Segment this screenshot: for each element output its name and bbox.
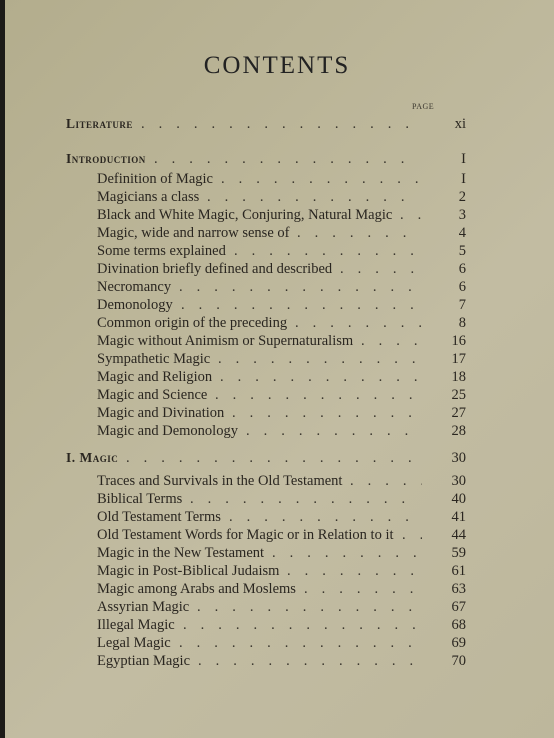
entry-title: Old Testament Words for Magic or in Rela… xyxy=(97,526,394,544)
page-title: CONTENTS xyxy=(0,52,554,80)
entry-page-number: 67 xyxy=(426,598,466,616)
leader-dots: ....... xyxy=(304,580,422,598)
toc-entry[interactable]: Illegal Magic68.............. xyxy=(0,616,554,634)
leader-dots: ............ xyxy=(221,170,422,188)
toc-section-heading[interactable]: IntroductionI............... xyxy=(0,150,554,168)
leader-dots: ........... xyxy=(232,404,422,422)
entry-title: Egyptian Magic xyxy=(97,652,190,670)
entry-page-number: 30 xyxy=(426,472,466,490)
entry-page-number: 61 xyxy=(426,562,466,580)
entry-title: Common origin of the preceding xyxy=(97,314,287,332)
entry-title: Necromancy xyxy=(97,278,171,296)
entry-title: Magic in the New Testament xyxy=(97,544,264,562)
leader-dots: ........ xyxy=(287,562,422,580)
entry-page-number: 18 xyxy=(426,368,466,386)
entry-title: Old Testament Terms xyxy=(97,508,221,526)
page-column-label: PAGE xyxy=(412,102,434,111)
entry-page-number: 17 xyxy=(426,350,466,368)
entry-page-number: 63 xyxy=(426,580,466,598)
toc-entry[interactable]: Common origin of the preceding8........ xyxy=(0,314,554,332)
leader-dots: .............. xyxy=(179,278,422,296)
entry-title: Magic and Science xyxy=(97,386,207,404)
section-title: I. Magic xyxy=(66,449,118,467)
leader-dots: ............. xyxy=(197,598,422,616)
section-title: Introduction xyxy=(66,150,146,168)
entry-title: Divination briefly defined and described xyxy=(97,260,332,278)
entry-page-number: 3 xyxy=(426,206,466,224)
leader-dots: ............ xyxy=(215,386,422,404)
section-title: Literature xyxy=(66,115,133,133)
entry-title: Demonology xyxy=(97,296,173,314)
section-page-number: xi xyxy=(426,115,466,133)
entry-title: Legal Magic xyxy=(97,634,171,652)
entry-page-number: 28 xyxy=(426,422,466,440)
entry-title: Magicians a class xyxy=(97,188,199,206)
leader-dots: ............ xyxy=(220,368,422,386)
leader-dots: ........ xyxy=(295,314,422,332)
leader-dots: .......... xyxy=(246,422,422,440)
toc-entry[interactable]: Legal Magic69.............. xyxy=(0,634,554,652)
entry-page-number: 27 xyxy=(426,404,466,422)
entry-title: Magic and Religion xyxy=(97,368,212,386)
entry-title: Magic, wide and narrow sense of xyxy=(97,224,289,242)
toc-entry[interactable]: Sympathetic Magic17............ xyxy=(0,350,554,368)
toc-entry[interactable]: Old Testament Words for Magic or in Rela… xyxy=(0,526,554,544)
entry-page-number: 69 xyxy=(426,634,466,652)
entry-title: Illegal Magic xyxy=(97,616,175,634)
toc-entry[interactable]: Assyrian Magic67............. xyxy=(0,598,554,616)
leader-dots: ............ xyxy=(207,188,422,206)
leader-dots: .............. xyxy=(181,296,422,314)
entry-page-number: 4 xyxy=(426,224,466,242)
leader-dots: .. xyxy=(402,526,422,544)
leader-dots: ..... xyxy=(350,472,422,490)
entry-page-number: 7 xyxy=(426,296,466,314)
leader-dots: .............. xyxy=(183,616,422,634)
toc-entry[interactable]: Magic, wide and narrow sense of4....... xyxy=(0,224,554,242)
entry-page-number: 5 xyxy=(426,242,466,260)
toc-entry[interactable]: Magic and Science25............ xyxy=(0,386,554,404)
leader-dots: ................. xyxy=(126,449,422,467)
entry-title: Sympathetic Magic xyxy=(97,350,210,368)
entry-title: Magic without Animism or Supernaturalism xyxy=(97,332,353,350)
entry-page-number: 70 xyxy=(426,652,466,670)
entry-title: Traces and Survivals in the Old Testamen… xyxy=(97,472,342,490)
toc-entry[interactable]: Egyptian Magic70............. xyxy=(0,652,554,670)
leader-dots: ............. xyxy=(198,652,422,670)
toc-entry[interactable]: Demonology7.............. xyxy=(0,296,554,314)
toc-entry[interactable]: Magicians a class2............ xyxy=(0,188,554,206)
entry-page-number: 59 xyxy=(426,544,466,562)
leader-dots: .. xyxy=(400,206,422,224)
leader-dots: ............. xyxy=(190,490,422,508)
entry-page-number: 16 xyxy=(426,332,466,350)
leader-dots: ....... xyxy=(297,224,422,242)
entry-page-number: I xyxy=(426,170,466,188)
leader-dots: ......... xyxy=(272,544,422,562)
toc-entry[interactable]: Biblical Terms40............. xyxy=(0,490,554,508)
toc-entry[interactable]: Divination briefly defined and described… xyxy=(0,260,554,278)
toc-entry[interactable]: Old Testament Terms41........... xyxy=(0,508,554,526)
toc-entry[interactable]: Magic and Demonology28.......... xyxy=(0,422,554,440)
leader-dots: ................ xyxy=(141,115,422,133)
leader-dots: ........... xyxy=(229,508,422,526)
entry-title: Assyrian Magic xyxy=(97,598,189,616)
entry-title: Magic and Divination xyxy=(97,404,224,422)
toc-section-heading[interactable]: I. Magic30................. xyxy=(0,449,554,467)
entry-title: Biblical Terms xyxy=(97,490,182,508)
leader-dots: .... xyxy=(361,332,422,350)
entry-title: Magic among Arabs and Moslems xyxy=(97,580,296,598)
entry-page-number: 68 xyxy=(426,616,466,634)
entry-title: Black and White Magic, Conjuring, Natura… xyxy=(97,206,392,224)
entry-page-number: 6 xyxy=(426,260,466,278)
entry-title: Definition of Magic xyxy=(97,170,213,188)
toc-entry[interactable]: Magic without Animism or Supernaturalism… xyxy=(0,332,554,350)
toc-entry[interactable]: Magic in Post-Biblical Judaism61........ xyxy=(0,562,554,580)
leader-dots: ........... xyxy=(234,242,422,260)
toc-entry[interactable]: Necromancy6.............. xyxy=(0,278,554,296)
entry-title: Magic in Post-Biblical Judaism xyxy=(97,562,279,580)
entry-title: Magic and Demonology xyxy=(97,422,238,440)
leader-dots: ............... xyxy=(154,150,422,168)
entry-page-number: 44 xyxy=(426,526,466,544)
leader-dots: .............. xyxy=(179,634,422,652)
toc-section-heading[interactable]: Literaturexi................ xyxy=(0,115,554,133)
entry-page-number: 6 xyxy=(426,278,466,296)
section-page-number: I xyxy=(426,150,466,168)
leader-dots: ............ xyxy=(218,350,422,368)
toc-entry[interactable]: Magic among Arabs and Moslems63....... xyxy=(0,580,554,598)
section-page-number: 30 xyxy=(426,449,466,467)
entry-page-number: 25 xyxy=(426,386,466,404)
toc-entry[interactable]: Magic and Religion18............ xyxy=(0,368,554,386)
toc-entry[interactable]: Magic and Divination27........... xyxy=(0,404,554,422)
toc-entry[interactable]: Magic in the New Testament59......... xyxy=(0,544,554,562)
toc-entry[interactable]: Black and White Magic, Conjuring, Natura… xyxy=(0,206,554,224)
book-page: CONTENTS PAGE Literaturexi..............… xyxy=(0,0,554,738)
leader-dots: ..... xyxy=(340,260,422,278)
entry-page-number: 40 xyxy=(426,490,466,508)
toc-entry[interactable]: Definition of MagicI............ xyxy=(0,170,554,188)
entry-page-number: 2 xyxy=(426,188,466,206)
entry-page-number: 41 xyxy=(426,508,466,526)
entry-page-number: 8 xyxy=(426,314,466,332)
entry-title: Some terms explained xyxy=(97,242,226,260)
toc-entry[interactable]: Traces and Survivals in the Old Testamen… xyxy=(0,472,554,490)
toc-entry[interactable]: Some terms explained5........... xyxy=(0,242,554,260)
